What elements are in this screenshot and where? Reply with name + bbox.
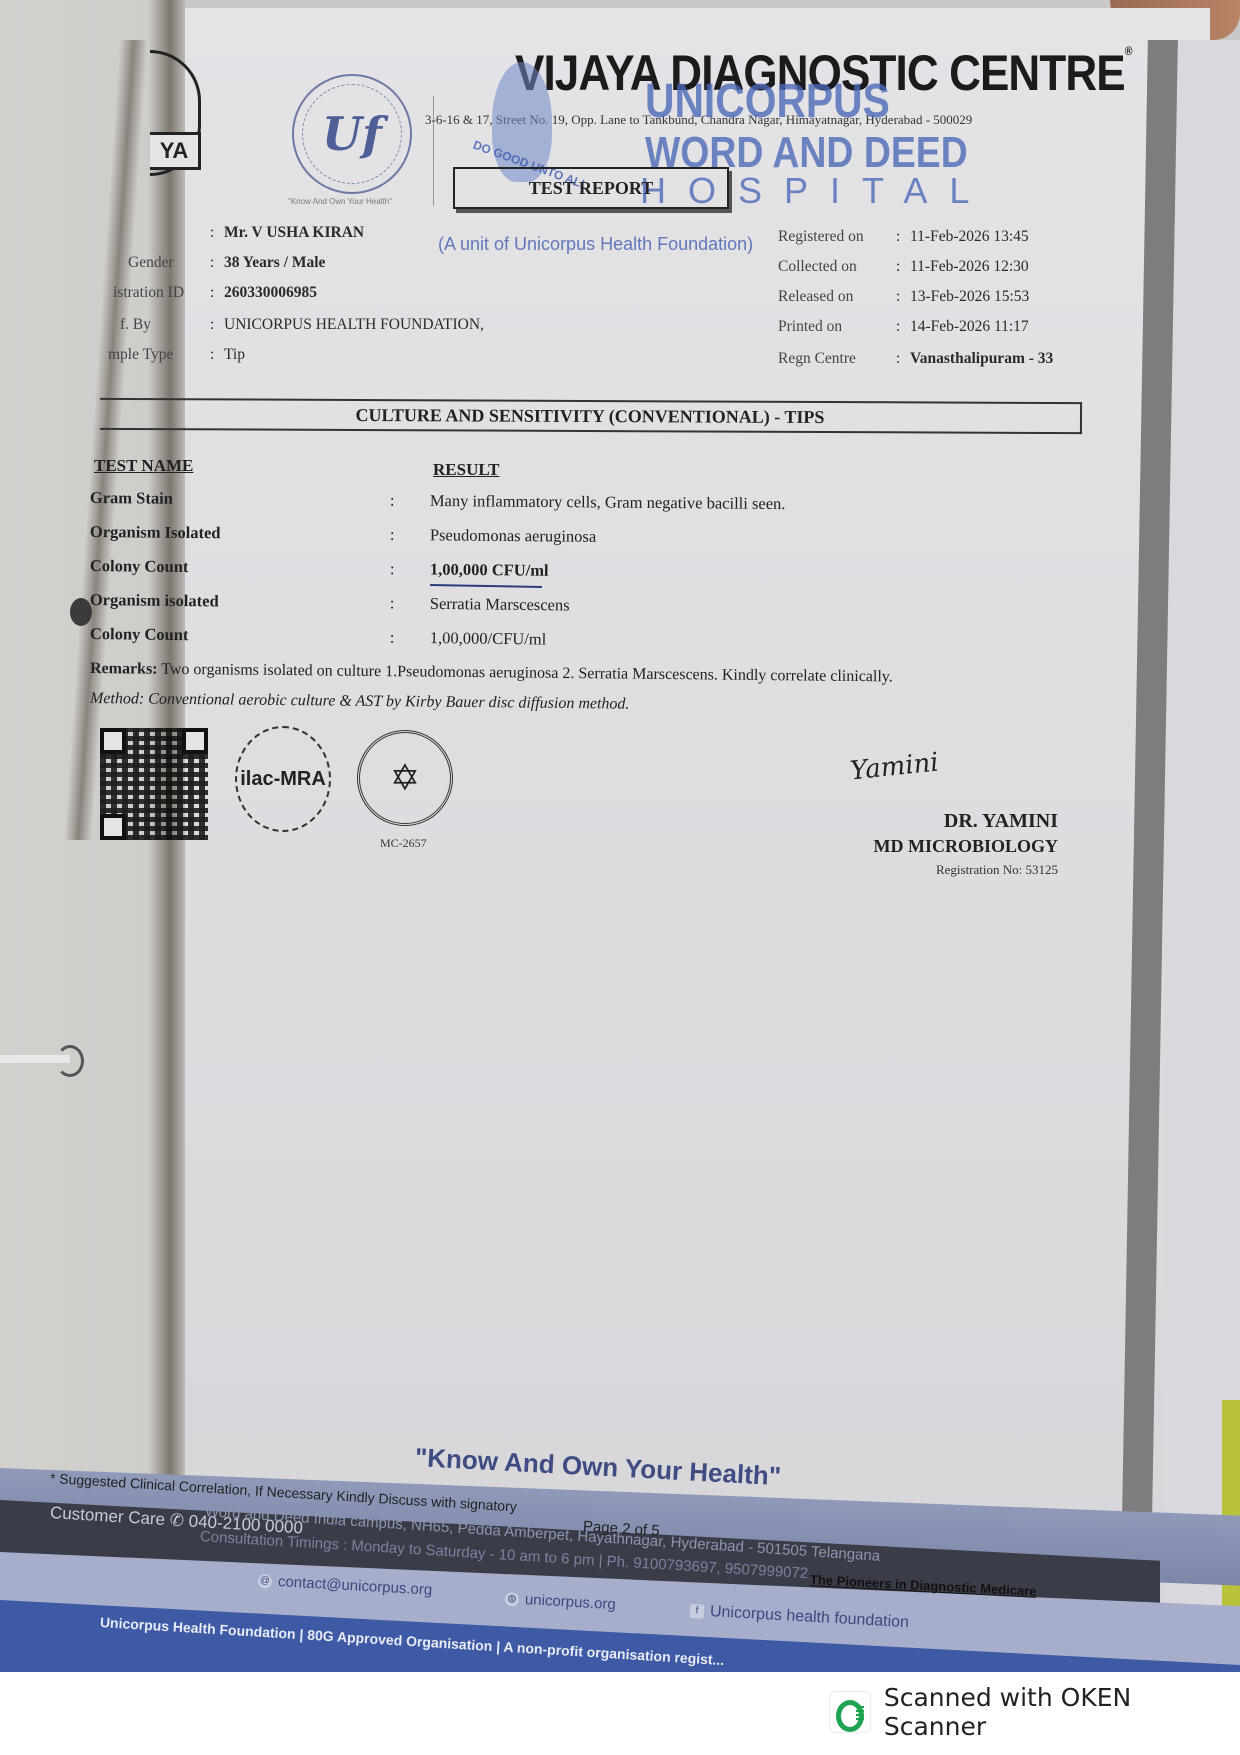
printed-date: 14-Feb-2026 11:17 (910, 318, 1029, 335)
patient-name-row: :Mr. V USHA KIRAN (210, 224, 364, 242)
released-date: 13-Feb-2026 15:53 (910, 288, 1029, 305)
printed-row: Printed on:14-Feb-2026 11:17 (778, 318, 1029, 336)
unicorpus-seal-icon: Uf (292, 74, 412, 194)
test-name: Organism isolated (90, 590, 219, 611)
patient-name: Mr. V USHA KIRAN (224, 224, 364, 241)
globe-icon: ◍ (505, 1592, 520, 1607)
separator: : (390, 628, 395, 648)
test-name: Colony Count (90, 624, 189, 645)
regn-centre-row: Regn Centre:Vanasthalipuram - 33 (778, 350, 1053, 368)
punch-hole (70, 598, 92, 626)
registered-row: Registered on:11-Feb-2026 13:45 (778, 228, 1029, 246)
email-icon: @ (258, 1574, 273, 1589)
test-result: Many inflammatory cells, Gram negative b… (430, 491, 786, 514)
test-result: Serratia Marscescens (430, 594, 570, 616)
separator: : (390, 491, 395, 511)
scanner-watermark: Scanned with OKEN Scanner (830, 1690, 1240, 1734)
nabl-logo-icon: ✡ (357, 730, 453, 826)
ref-by: UNICORPUS HEALTH FOUNDATION, (224, 316, 484, 333)
separator: : (390, 559, 395, 579)
column-result: RESULT (433, 460, 499, 480)
qr-finder (100, 814, 126, 840)
ref-by-row: f. By:UNICORPUS HEALTH FOUNDATION, (120, 316, 484, 334)
separator: : (390, 593, 395, 613)
signatory-registration: Registration No: 53125 (936, 862, 1058, 878)
released-row: Released on:13-Feb-2026 15:53 (778, 288, 1029, 306)
facebook-icon: f (690, 1604, 705, 1619)
age-gender: 38 Years / Male (224, 254, 325, 271)
sample-type: Tip (224, 346, 245, 363)
sample-type-row: mple Type:Tip (108, 346, 245, 364)
test-report-label: TEST REPORT (453, 167, 729, 209)
test-result: Pseudomonas aeruginosa (430, 525, 597, 547)
collected-date: 11-Feb-2026 12:30 (910, 258, 1029, 275)
stamp-subtitle: (A unit of Unicorpus Health Foundation) (438, 234, 753, 255)
nabl-code: MC-2657 (380, 836, 427, 851)
ilac-mra-logo: ilac-MRA (235, 726, 331, 832)
test-name: Colony Count (90, 556, 189, 577)
registration-id: 260330006985 (224, 284, 317, 301)
registered-date: 11-Feb-2026 13:45 (910, 228, 1029, 245)
regn-centre: Vanasthalipuram - 33 (910, 350, 1053, 367)
separator: : (390, 525, 395, 545)
signatory-qualification: MD MICROBIOLOGY (874, 836, 1059, 857)
binder-ring (56, 1045, 84, 1077)
scanner-text: Scanned with OKEN Scanner (884, 1683, 1240, 1741)
test-result: 1,00,000 CFU/ml (430, 560, 549, 581)
registration-id-row: istration ID:260330006985 (113, 284, 317, 302)
oken-scanner-icon (830, 1692, 870, 1732)
document-photo: YA Uf "Know And Own Your Health" VIJAYA … (0, 0, 1240, 1672)
collected-row: Collected on:11-Feb-2026 12:30 (778, 258, 1029, 276)
stamp-line-1: UNICORPUS (645, 74, 890, 129)
qr-finder (100, 728, 126, 754)
test-result: 1,00,000/CFU/ml (430, 628, 547, 649)
signatory-name: DR. YAMINI (944, 810, 1058, 833)
seal-tagline: "Know And Own Your Health" (288, 197, 392, 206)
column-test-name: TEST NAME (94, 456, 193, 476)
test-name: Gram Stain (90, 488, 173, 509)
section-title: CULTURE AND SENSITIVITY (CONVENTIONAL) -… (100, 398, 1082, 434)
qr-finder (182, 728, 208, 754)
vijaya-logo-text: YA (150, 132, 201, 170)
age-gender-row: Gender:38 Years / Male (128, 254, 325, 272)
test-name: Organism Isolated (90, 522, 221, 543)
